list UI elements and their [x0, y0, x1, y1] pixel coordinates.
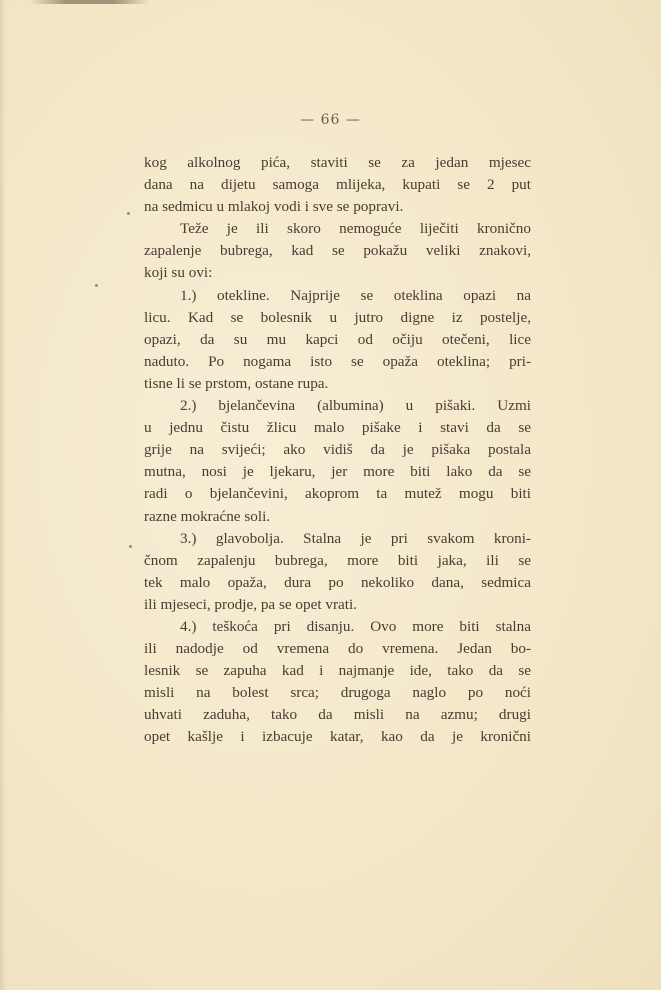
paper-speck — [95, 284, 98, 287]
paper-speck — [127, 212, 130, 215]
text-line: dana na dijetu samoga mlijeka, kupati se… — [144, 174, 531, 196]
text-line: ili nadodje od vremena do vremena. Jedan… — [144, 638, 531, 660]
body-text: kog alkolnog pića, staviti se za jedan m… — [144, 152, 531, 749]
text-line: kog alkolnog pića, staviti se za jedan m… — [144, 152, 531, 174]
text-line: u jednu čistu žlicu malo pišake i stavi … — [144, 417, 531, 439]
text-line: 4.) teškoća pri disanju. Ovo more biti s… — [144, 616, 531, 638]
text-line: Teže je ili skoro nemoguće liječiti kron… — [144, 218, 531, 240]
text-line: ili mjeseci, prodje, pa se opet vrati. — [144, 594, 531, 616]
text-line: tisne li se prstom, ostane rupa. — [144, 373, 531, 395]
text-line: na sedmicu u mlakoj vodi i sve se poprav… — [144, 196, 531, 218]
text-line: mutna, nosi je ljekaru, jer more biti la… — [144, 461, 531, 483]
text-line: radi o bjelančevini, akoprom ta mutež mo… — [144, 483, 531, 505]
paper-speck — [129, 545, 132, 548]
text-line: 3.) glavobolja. Stalna je pri svakom kro… — [144, 528, 531, 550]
text-line: opet kašlje i izbacuje katar, kao da je … — [144, 726, 531, 748]
text-line: razne mokraćne soli. — [144, 506, 531, 528]
text-line: koji su ovi: — [144, 262, 531, 284]
page-number: — 66 — — [0, 112, 661, 128]
text-line: zapalenje bubrega, kad se pokažu veliki … — [144, 240, 531, 262]
text-line: uhvati zaduha, tako da misli na azmu; dr… — [144, 704, 531, 726]
text-line: lesnik se zapuha kad i najmanje ide, tak… — [144, 660, 531, 682]
text-line: naduto. Po nogama isto se opaža oteklina… — [144, 351, 531, 373]
binding-shadow — [30, 0, 150, 4]
text-line: 2.) bjelančevina (albumina) u pišaki. Uz… — [144, 395, 531, 417]
text-line: 1.) otekline. Najprije se oteklina opazi… — [144, 285, 531, 307]
text-line: misli na bolest srca; drugoga naglo po n… — [144, 682, 531, 704]
text-line: čnom zapalenju bubrega, more biti jaka, … — [144, 550, 531, 572]
text-line: tek malo opaža, dura po nekoliko dana, s… — [144, 572, 531, 594]
page-edge — [0, 0, 6, 990]
text-line: licu. Kad se bolesnik u jutro digne iz p… — [144, 307, 531, 329]
text-line: opazi, da su mu kapci od očiju otečeni, … — [144, 329, 531, 351]
text-line: grije na svijeći; ako vidiš da je pišaka… — [144, 439, 531, 461]
book-page: — 66 — kog alkolnog pića, staviti se za … — [0, 0, 661, 990]
